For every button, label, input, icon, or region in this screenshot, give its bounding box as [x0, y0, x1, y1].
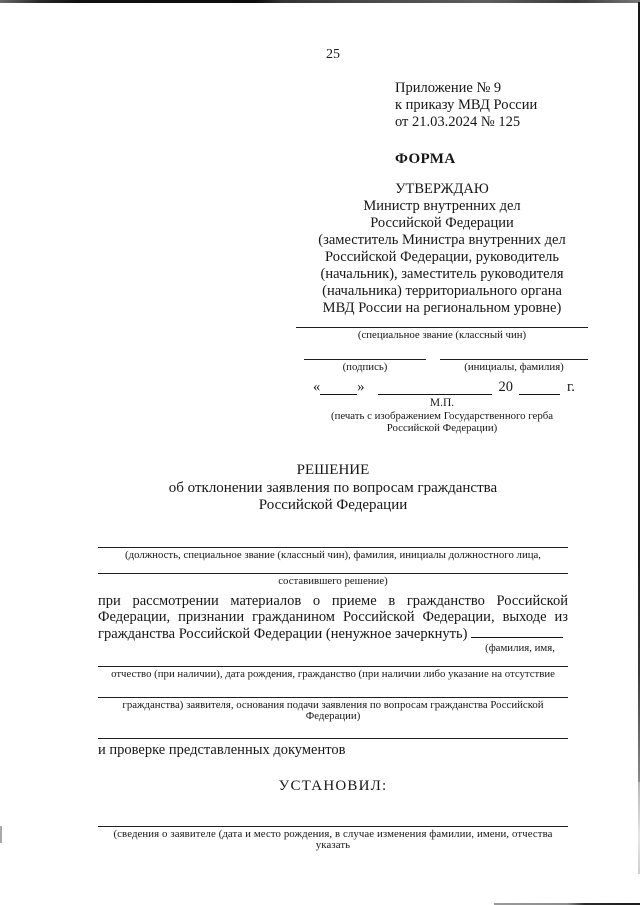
- appendix-line: к приказу МВД России: [395, 97, 588, 114]
- body-paragraph: при рассмотрении материалов о приеме в г…: [98, 593, 568, 643]
- applicant-fill-line-2: [98, 697, 568, 698]
- footer-fill-line: [98, 826, 568, 827]
- scan-edge-left-mark: [0, 826, 2, 843]
- seal-abbreviation: М.П.: [296, 397, 588, 409]
- applicant-caption-line2: отчество (при наличии), дата рождения, г…: [98, 669, 568, 681]
- date-day-blank: [320, 394, 357, 395]
- date-fill-row: « » 20 г.: [296, 380, 588, 396]
- signature-captions: (подпись) (инициалы, фамилия): [296, 360, 588, 374]
- approval-line: Российской Федерации, руководитель: [296, 249, 588, 266]
- title-line: Российской Федерации: [98, 497, 568, 515]
- header-right-column: Приложение № 9 к приказу МВД России от 2…: [296, 80, 588, 434]
- page-number: 25: [98, 0, 568, 63]
- applicant-fill-line-3: [98, 738, 568, 739]
- form-label: ФОРМА: [296, 151, 588, 168]
- applicant-caption-line1: (фамилия, имя,: [472, 643, 568, 655]
- approval-line: (заместитель Министра внутренних дел: [296, 232, 588, 249]
- scan-edge-top: [0, 0, 640, 3]
- applicant-caption-line3: гражданства) заявителя, основания подачи…: [98, 700, 568, 723]
- title-line: об отклонении заявления по вопросам граж…: [98, 480, 568, 498]
- approval-line: Министр внутренних дел: [296, 198, 588, 215]
- date-year-blank: [519, 394, 560, 395]
- resolution-heading: УСТАНОВИЛ:: [98, 778, 568, 795]
- seal-caption-line: Российской Федерации): [296, 423, 588, 435]
- initials-fill-line: [440, 359, 588, 360]
- rank-fill-line: [296, 327, 588, 328]
- seal-caption: (печать с изображением Государственного …: [296, 411, 588, 434]
- approval-line: МВД России на региональном уровне): [296, 300, 588, 317]
- document-title: РЕШЕНИЕ об отклонении заявления по вопро…: [98, 462, 568, 515]
- date-quote-open: «: [313, 379, 320, 396]
- signature-fill-lines: [296, 359, 588, 360]
- approval-line: УТВЕРЖДАЮ: [296, 181, 588, 198]
- initials-caption: (инициалы, фамилия): [440, 362, 588, 374]
- date-year-suffix: г.: [567, 379, 575, 396]
- footer-caption: (сведения о заявителе (дата и место рожд…: [98, 829, 568, 852]
- official-caption-line1: (должность, специальное звание (классный…: [98, 550, 568, 562]
- applicant-fill-line-1: [98, 666, 568, 667]
- check-documents-text: и проверке представленных документов: [98, 742, 568, 759]
- seal-caption-line: (печать с изображением Государственного …: [296, 411, 588, 423]
- appendix-line: Приложение № 9: [395, 80, 588, 97]
- official-fill-line-2: [98, 573, 568, 574]
- applicant-caption-row: (фамилия, имя,: [98, 643, 568, 655]
- signature-caption: (подпись): [304, 362, 426, 374]
- approval-line: Российской Федерации: [296, 215, 588, 232]
- date-month-blank: [378, 394, 492, 395]
- appendix-line: от 21.03.2024 № 125: [395, 114, 588, 131]
- approval-line: (начальника) территориального органа: [296, 283, 588, 300]
- approval-block: УТВЕРЖДАЮ Министр внутренних дел Российс…: [296, 181, 588, 317]
- official-caption-line2: составившего решение): [98, 576, 568, 588]
- rank-caption: (специальное звание (классный чин): [296, 330, 588, 342]
- date-quote-close: »: [357, 379, 364, 396]
- applicant-name-blank: [471, 626, 563, 638]
- date-century: 20: [499, 379, 514, 396]
- official-fill-line: [98, 547, 568, 548]
- appendix-reference: Приложение № 9 к приказу МВД России от 2…: [296, 80, 588, 131]
- approval-line: (начальник), заместитель руководителя: [296, 266, 588, 283]
- document-page: 25 Приложение № 9 к приказу МВД России о…: [0, 0, 640, 905]
- page-content: 25 Приложение № 9 к приказу МВД России о…: [98, 0, 568, 852]
- title-line: РЕШЕНИЕ: [98, 462, 568, 480]
- signature-fill-line: [304, 359, 426, 360]
